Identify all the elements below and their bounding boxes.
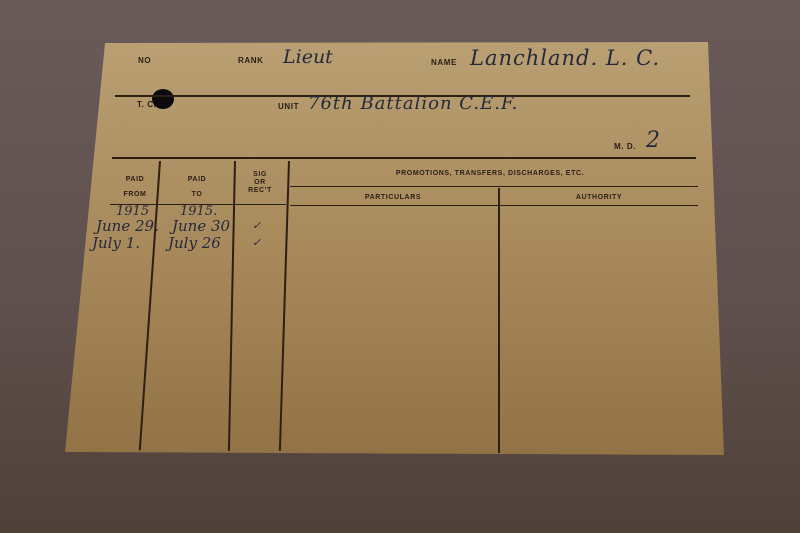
unit-value: 76th Battalion C.E.F. bbox=[308, 93, 518, 114]
authority-header: Authority bbox=[500, 194, 698, 201]
row-2-from: July 1. bbox=[92, 234, 140, 252]
row-1-from: June 29. bbox=[96, 217, 159, 235]
paid-from-header: Paid From bbox=[113, 172, 157, 202]
section-title: Promotions, Transfers, Discharges, Etc. bbox=[290, 170, 690, 177]
sig-line2: or bbox=[240, 179, 280, 187]
rank-value: Lieut bbox=[283, 46, 333, 68]
paid-to-line2: To bbox=[175, 187, 219, 202]
md-value: 2 bbox=[646, 128, 660, 153]
record-card bbox=[0, 0, 800, 533]
paid-from-line1: Paid bbox=[113, 172, 157, 187]
paid-to-line1: Paid bbox=[175, 172, 219, 187]
header-rule-2 bbox=[112, 157, 696, 159]
row-2-sig: ✓ bbox=[252, 236, 261, 249]
row-1-to: June 30 bbox=[172, 217, 230, 235]
paid-to-header: Paid To bbox=[175, 172, 219, 202]
row-1-sig: ✓ bbox=[252, 219, 261, 232]
section-rule bbox=[290, 186, 698, 187]
paid-from-line2: From bbox=[113, 187, 157, 202]
unit-label: Unit bbox=[278, 102, 299, 111]
right-header-rule bbox=[290, 205, 698, 206]
name-label: Name bbox=[431, 58, 457, 67]
row-2-to: July 26 bbox=[168, 234, 221, 252]
particulars-header: Particulars bbox=[290, 194, 496, 201]
col-line-4 bbox=[498, 188, 500, 453]
sig-line3: Rec't bbox=[240, 187, 280, 195]
rank-label: Rank bbox=[238, 56, 264, 65]
sig-line1: Sig bbox=[240, 171, 280, 179]
name-value: Lanchland. L. C. bbox=[470, 46, 660, 70]
no-label: No bbox=[138, 56, 151, 65]
sig-header: Sig or Rec't bbox=[240, 171, 280, 195]
tc-label: T. C. bbox=[137, 100, 156, 109]
md-label: M. D. bbox=[614, 142, 636, 151]
